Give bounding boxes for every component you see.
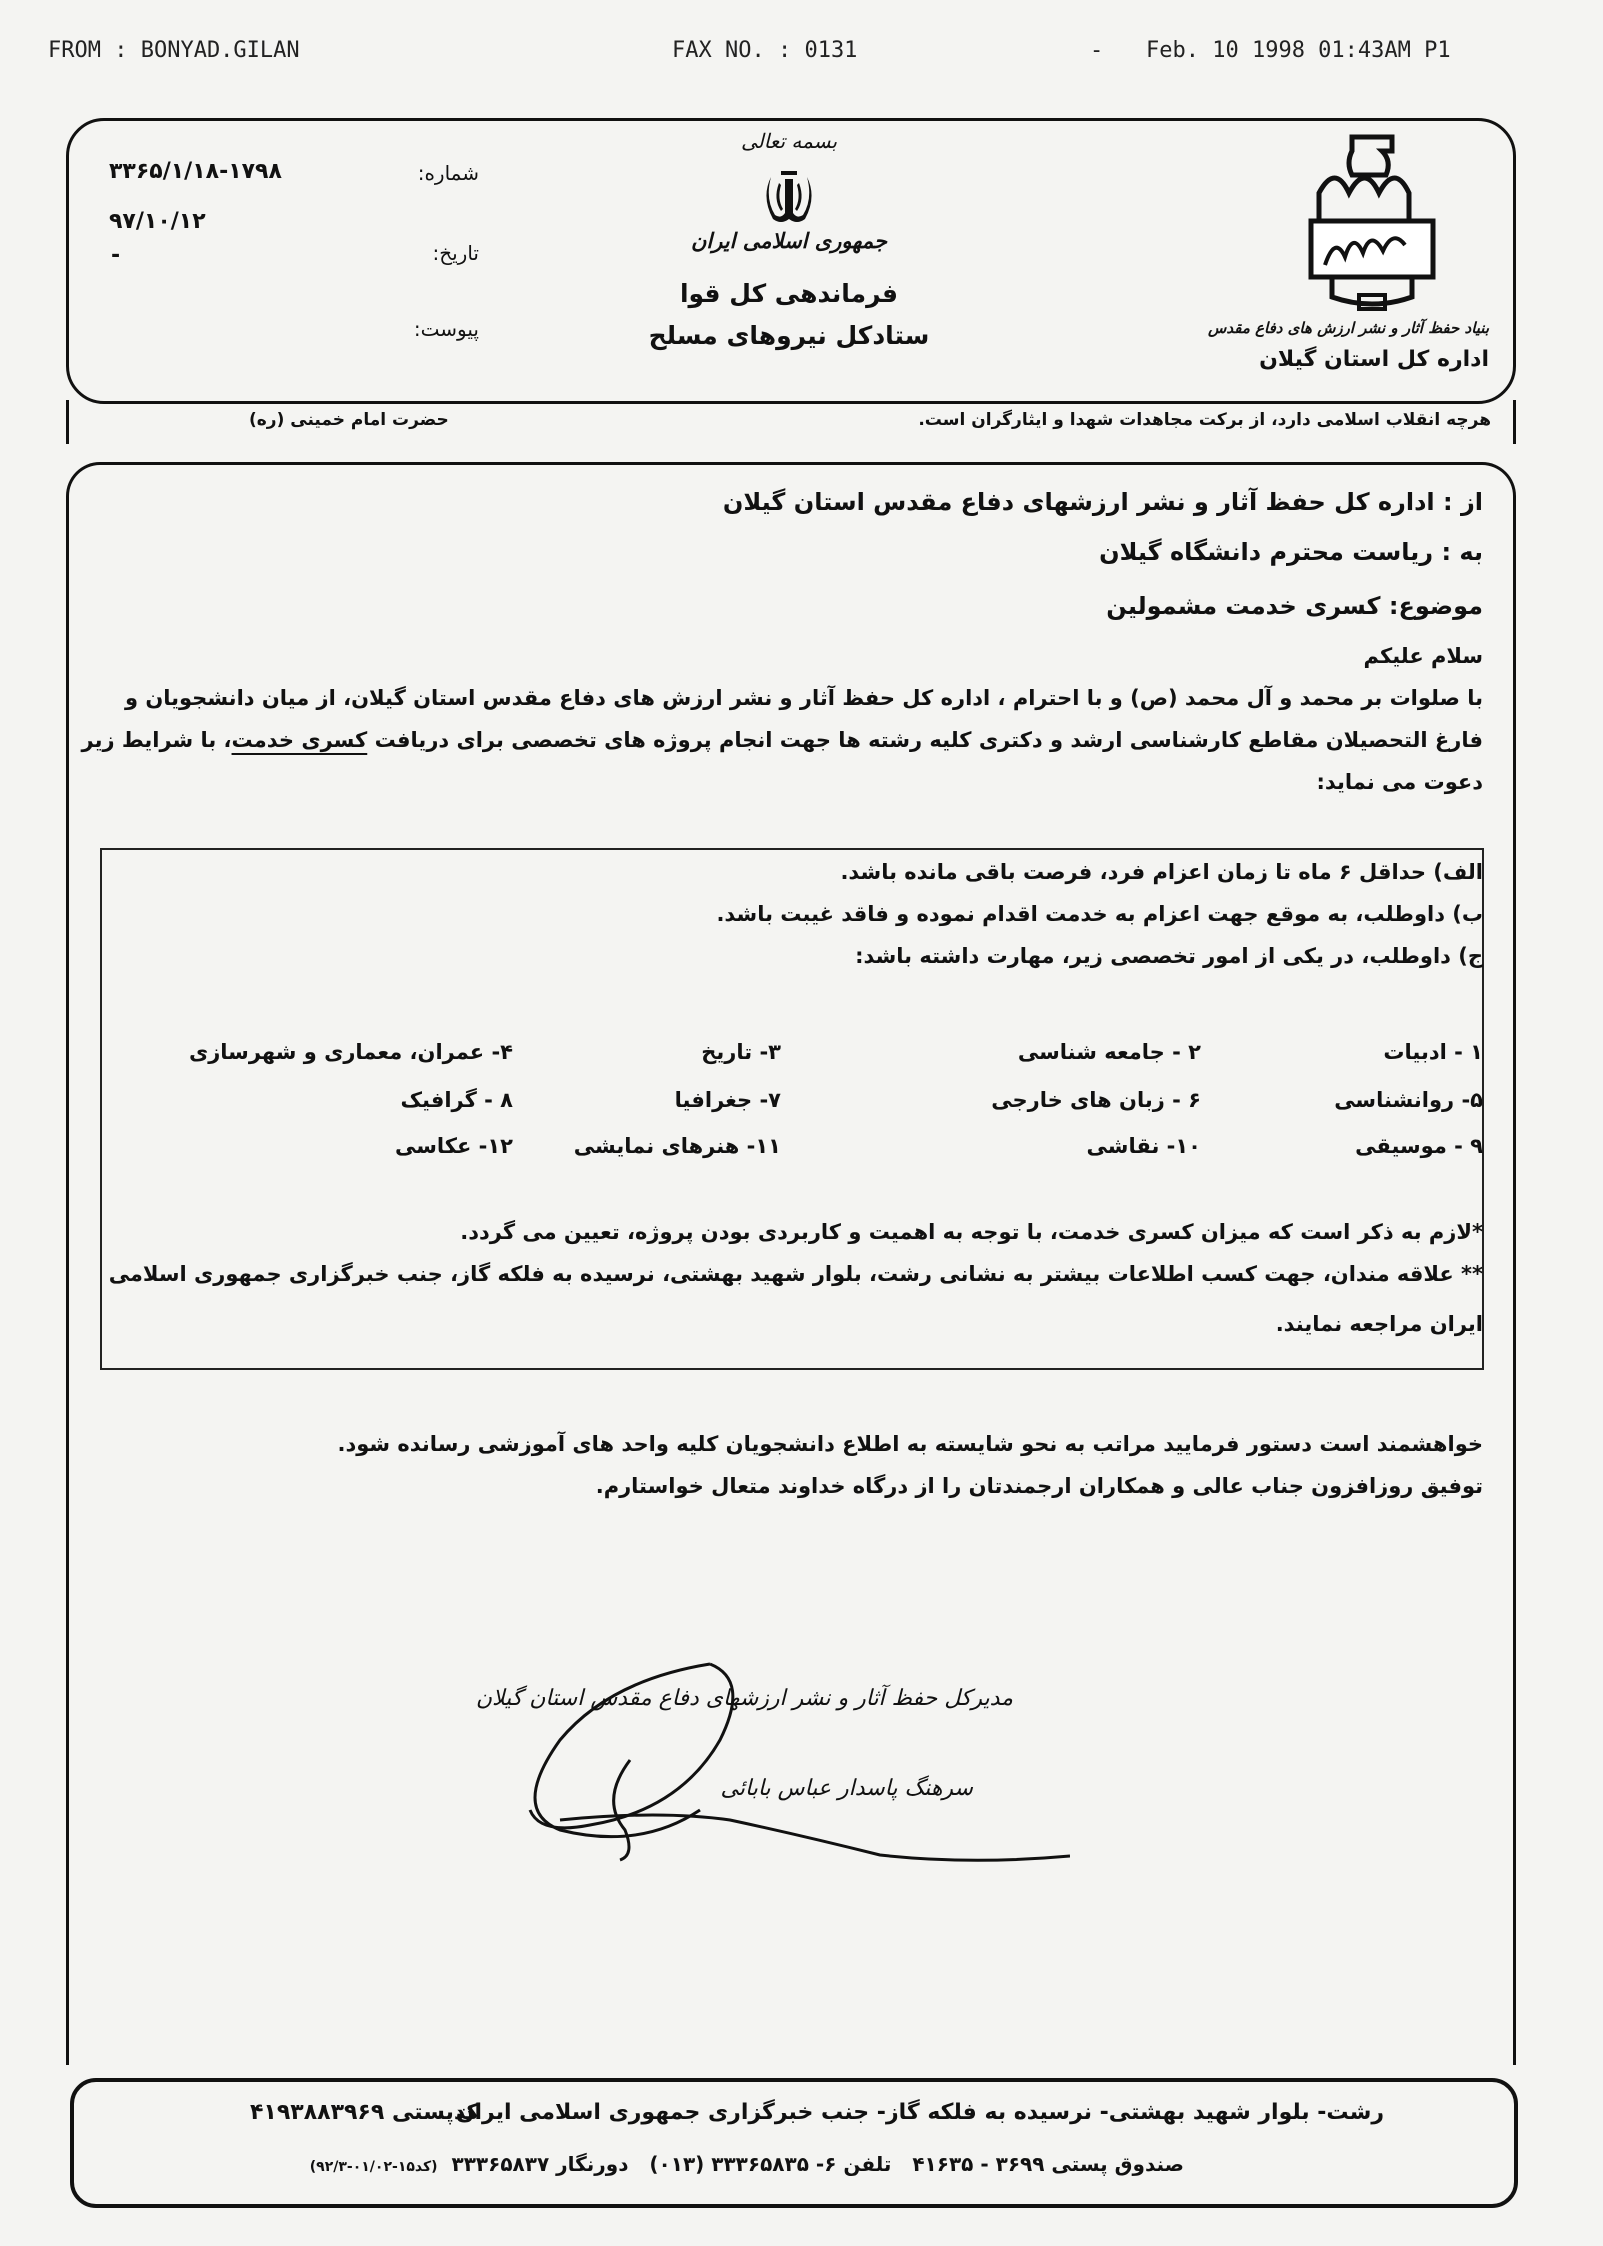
field-5: ۵- روانشناسی (1334, 1080, 1483, 1120)
body-line-2-tail: ، با شرایط زیر (82, 728, 232, 752)
footer-box: رشت- بلوار شهید بهشتی- نرسیده به فلکه گا… (70, 2078, 1518, 2208)
attachment-label: پیوست: (389, 317, 479, 341)
fax-header: FROM : BONYAD.GILAN FAX NO. : 0131 - Feb… (0, 38, 1603, 68)
closing-line-2: توفیق روزافزون جناب عالی و همکاران ارجمن… (596, 1466, 1483, 1506)
letter-from: از : اداره کل حفظ آثار و نشر ارزشهای دفا… (723, 488, 1483, 516)
postal-code-value: ۴۱۹۳۸۸۳۹۶۹ (250, 2100, 384, 2125)
po-box-label: صندوق پستی (1051, 2152, 1184, 2176)
date-label: تاریخ: (389, 241, 479, 265)
letterhead-box: شماره: ۳۳۶۵/۱/۱۸-۱۷۹۸ ۹۷/۱۰/۱۲ تاریخ: - … (66, 118, 1516, 404)
footer-address: رشت- بلوار شهید بهشتی- نرسیده به فلکه گا… (456, 2100, 1384, 2125)
body-line-3: دعوت می نماید: (1316, 762, 1483, 802)
date-value: ۹۷/۱۰/۱۲ (109, 209, 206, 234)
note-2: ** علاقه مندان، جهت کسب اطلاعات بیشتر به… (103, 1254, 1483, 1294)
field-1: ۱ - ادبیات (1383, 1032, 1483, 1072)
fax-number: FAX NO. : 0131 (672, 38, 857, 63)
emblem-caption: بنیاد حفظ آثار و نشر ارزش های دفاع مقدس (1239, 319, 1489, 337)
field-11: ۱۱- هنرهای نمایشی (574, 1126, 781, 1166)
attachment-value: - (111, 243, 120, 268)
org-line-2: ستادکل نیروهای مسلح (629, 321, 949, 350)
field-8: ۸ - گرافیک (401, 1080, 513, 1120)
field-10: ۱۰- نقاشی (1087, 1126, 1201, 1166)
signature-scribble-icon (500, 1660, 1070, 1890)
underlined-term: کسری خدمت (232, 728, 368, 752)
quote-attribution: حضرت امام خمینی (ره) (249, 410, 449, 430)
foundation-emblem-icon (1297, 133, 1447, 313)
invocation: بسمه تعالی (689, 129, 889, 153)
field-4: ۴- عمران، معماری و شهرسازی (189, 1032, 513, 1072)
field-12: ۱۲- عکاسی (395, 1126, 513, 1166)
field-3: ۳- تاریخ (701, 1032, 781, 1072)
condition-c: ج) داوطلب، در یکی از امور تخصصی زیر، مها… (855, 936, 1483, 976)
footer-postal-code: کدپستی ۴۱۹۳۸۸۳۹۶۹ (250, 2100, 479, 2125)
body-line-2: فارغ التحصیلان مقاطع کارشناسی ارشد و دکت… (83, 720, 1483, 760)
condition-a: الف) حداقل ۶ ماه تا زمان اعزام فرد، فرصت… (840, 852, 1483, 892)
body-line-2-text: فارغ التحصیلان مقاطع کارشناسی ارشد و دکت… (375, 728, 1483, 752)
fax-label: دورنگار (556, 2152, 628, 2176)
field-9: ۹ - موسیقی (1355, 1126, 1483, 1166)
fax-dash: - (1090, 38, 1103, 63)
condition-b: ب) داوطلب، به موقع جهت اعزام به خدمت اقد… (716, 894, 1483, 934)
number-value: ۳۳۶۵/۱/۱۸-۱۷۹۸ (109, 159, 282, 184)
letter-to: به : ریاست محترم دانشگاه گیلان (1099, 538, 1483, 566)
fax-from: FROM : BONYAD.GILAN (48, 38, 300, 63)
note-1: *لازم به ذکر است که میزان کسری خدمت، با … (460, 1212, 1483, 1252)
closing-line-1: خواهشمند است دستور فرمایید مراتب به نحو … (338, 1424, 1483, 1464)
form-code: (کد۱۵-۰۱/۰۲-۹۲/۳) (310, 2159, 438, 2175)
note-3: ایران مراجعه نمایند. (1276, 1304, 1483, 1344)
field-6: ۶ - زبان های خارجی (991, 1080, 1201, 1120)
fax-value: ۳۳۳۶۵۸۳۷ (452, 2152, 550, 2176)
iran-emblem-icon (759, 169, 819, 227)
field-2: ۲ - جامعه شناسی (1018, 1032, 1201, 1072)
greeting: سلام علیکم (1364, 636, 1483, 676)
country-name: جمهوری اسلامی ایران (669, 229, 909, 253)
imam-quote: هرچه انقلاب اسلامی دارد، از برکت مجاهدات… (918, 410, 1491, 430)
number-label: شماره: (389, 161, 479, 185)
footer-contacts: صندوق پستی ۳۶۹۹ - ۴۱۶۳۵ تلفن ۶- ۳۳۳۶۵۸۳۵… (310, 2152, 1184, 2176)
field-7: ۷- جغرافیا (675, 1080, 781, 1120)
po-box-value: ۳۶۹۹ - ۴۱۶۳۵ (912, 2152, 1044, 2176)
org-line-1: فرماندهی کل قوا (649, 279, 929, 308)
fax-timestamp: Feb. 10 1998 01:43AM P1 (1146, 38, 1451, 63)
phone-label: تلفن (843, 2152, 891, 2176)
letter-subject: موضوع: کسری خدمت مشمولین (1106, 592, 1483, 620)
quote-bar: هرچه انقلاب اسلامی دارد، از برکت مجاهدات… (66, 400, 1516, 444)
postal-code-label: کدپستی (392, 2100, 479, 2125)
office-name: اداره کل استان گیلان (1239, 347, 1489, 372)
phone-value: ۶- ۳۳۳۶۵۸۳۵ (۰۱۳) (649, 2152, 836, 2176)
body-line-1: با صلوات بر محمد و آل محمد (ص) و با احتر… (103, 678, 1483, 718)
